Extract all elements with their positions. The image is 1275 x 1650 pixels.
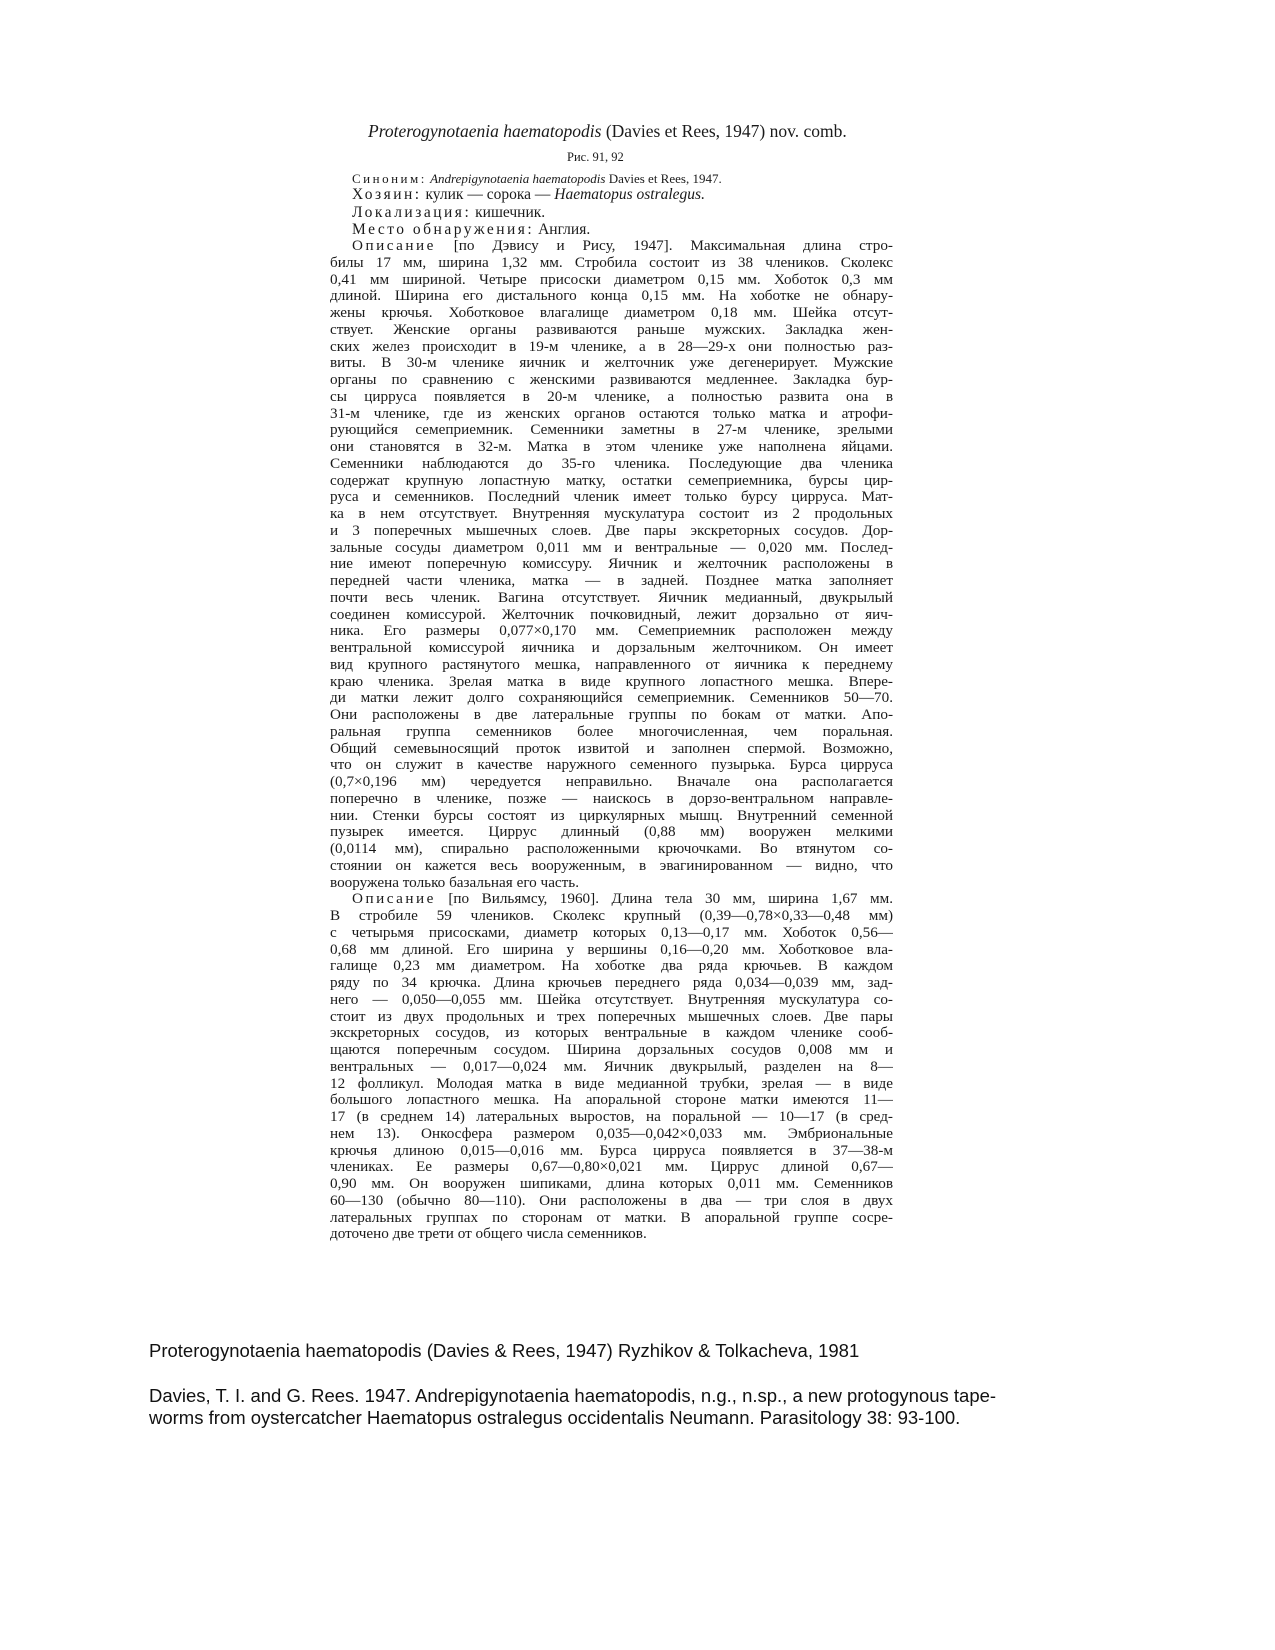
description-1-line: они становятся в 32-м. Матка в этом член… (330, 439, 893, 456)
description-1-line: Описание [по Дэвису и Рису, 1947]. Макси… (330, 238, 893, 255)
synonym-authority: Davies et Rees, 1947. (605, 171, 721, 186)
description-2-line: латеральных группах по сторонам от матки… (330, 1210, 893, 1227)
document-page: Proterogynotaenia haematopodis (Davies e… (0, 0, 1275, 1650)
description-1-line: Они расположены в две латеральные группы… (330, 707, 893, 724)
description-2-line: 0,68 мм длиной. Его ширина у вершины 0,1… (330, 942, 893, 959)
place-label: Место обнаружения: (352, 221, 534, 238)
description-1-line: Общий семевыносящий проток извитой и зап… (330, 741, 893, 758)
description-1-line: вооружена только базальная его часть. (330, 875, 893, 892)
description-1-line: руса и семенников. Последний членик имее… (330, 489, 893, 506)
description-2-line: 17 (в среднем 14) латеральных выростов, … (330, 1109, 893, 1126)
description-2-line: большого лопастного мешка. На апоральной… (330, 1092, 893, 1109)
footer-species-name: Proterogynotaenia haematopodis (Davies &… (149, 1340, 859, 1362)
description-1-label: Описание (352, 238, 436, 254)
description-2-line: крючья длиною 0,015—0,016 мм. Бурса цирр… (330, 1143, 893, 1160)
location-label: Локализация: (352, 204, 471, 221)
host-label: Хозяин: (352, 186, 422, 203)
place-line: Место обнаружения: Англия. (352, 221, 590, 239)
description-2-line: нем 13). Онкосфера размером 0,035—0,042×… (330, 1126, 893, 1143)
description-2-line: ряду по 34 крючка. Длина крючьев передне… (330, 975, 893, 992)
description-1-line: нии. Стенки бурсы состоят из циркулярных… (330, 808, 893, 825)
description-1-line: ральная группа семенников более многочис… (330, 724, 893, 741)
description-1-line: ка в нем отсутствует. Внутренняя мускула… (330, 506, 893, 523)
synonym-line: Синоним: Andrepigynotaenia haematopodis … (352, 171, 722, 187)
description-1-line: почти весь членик. Вагина отсутствует. Я… (330, 590, 893, 607)
description-1-line: пузырек имеется. Циррус длинный (0,88 мм… (330, 824, 893, 841)
description-1-line: ние имеют поперечную комиссуру. Яичник и… (330, 556, 893, 573)
description-2-line: стоит из двух продольных и трех поперечн… (330, 1009, 893, 1026)
description-2-line: Описание [по Вильямсу, 1960]. Длина тела… (330, 891, 893, 908)
description-2-line: галище 0,23 мм диаметром. На хоботке два… (330, 958, 893, 975)
description-1-line: билы 17 мм, ширина 1,32 мм. Стробила сос… (330, 255, 893, 272)
description-1-line: длиной. Ширина его дистального конца 0,1… (330, 288, 893, 305)
description-1-line: ских желез происходит в 19-м членике, а … (330, 339, 893, 356)
description-1-line: вид крупного растянутого мешка, направле… (330, 657, 893, 674)
description-1-line: органы по сравнению с женскими развивают… (330, 372, 893, 389)
description-1-line: сы цирруса появляется в 20-м членике, а … (330, 389, 893, 406)
description-2-line: члениках. Ее размеры 0,67—0,80×0,021 мм.… (330, 1159, 893, 1176)
species-title: Proterogynotaenia haematopodis (Davies e… (368, 121, 847, 142)
description-2-label: Описание (352, 891, 436, 907)
footer-reference-line-2: worms from oystercatcher Haematopus ostr… (149, 1407, 960, 1429)
description-1-line: ди матки лежит долго сохраняющийся семеп… (330, 690, 893, 707)
description-1-line: рующийся семеприемник. Семенники заметны… (330, 422, 893, 439)
description-1-line: передней части членика, матка — в задней… (330, 573, 893, 590)
description-1-line: 31-м членике, где из женских органов ост… (330, 406, 893, 423)
host-latin: Haematopus ostralegus. (554, 186, 705, 203)
place-value: Англия. (534, 221, 590, 238)
description-1-line: содержат крупную лопастную матку, остатк… (330, 473, 893, 490)
description-body: Описание [по Дэвису и Рису, 1947]. Макси… (330, 238, 893, 1243)
synonym-label: Синоним: (352, 171, 427, 186)
description-2-line: В стробиле 59 члеников. Сколекс крупный … (330, 908, 893, 925)
species-name: Proterogynotaenia haematopodis (368, 121, 601, 141)
description-2-line: 12 фолликул. Молодая матка в виде медиан… (330, 1076, 893, 1093)
description-1-line: зальные сосуды диаметром 0,011 мм и вент… (330, 540, 893, 557)
description-2-line: вентральных — 0,017—0,024 мм. Яичник дву… (330, 1059, 893, 1076)
description-2-line: экскреторных сосудов, из которых вентрал… (330, 1025, 893, 1042)
description-1-line: (0,7×0,196 мм) чередуется неправильно. В… (330, 774, 893, 791)
description-2-line: доточено две трети от общего числа семен… (330, 1226, 893, 1243)
description-2-line: 60—130 (обычно 80—110). Они расположены … (330, 1193, 893, 1210)
description-1-line: виты. В 30-м членике яичник и желточник … (330, 355, 893, 372)
description-2-line: 0,90 мм. Он вооружен шипиками, длина кот… (330, 1176, 893, 1193)
description-1-line: ствует. Женские органы развиваются раньш… (330, 322, 893, 339)
description-1-line: стоянии он кажется весь вооруженным, в э… (330, 858, 893, 875)
description-2-line: с четырьмя присосками, диаметр которых 0… (330, 925, 893, 942)
description-2-line: него — 0,050—0,055 мм. Шейка отсутствует… (330, 992, 893, 1009)
description-1-line: жены крючья. Хоботковое влагалище диамет… (330, 305, 893, 322)
description-2-line: щаются поперечным сосудом. Ширина дорзал… (330, 1042, 893, 1059)
species-authority: (Davies et Rees, 1947) nov. comb. (601, 121, 846, 141)
footer-reference-line-1: Davies, T. I. and G. Rees. 1947. Andrepi… (149, 1385, 996, 1407)
description-1-line: краю членика. Зрелая матка в виде крупно… (330, 674, 893, 691)
host-value: кулик — сорока — (422, 186, 555, 203)
description-1-line: 0,41 мм шириной. Четыре присоски диаметр… (330, 272, 893, 289)
description-1-line: соединен комиссурой. Желточник почковидн… (330, 607, 893, 624)
figure-reference: Рис. 91, 92 (567, 150, 624, 165)
location-line: Локализация: кишечник. (352, 204, 545, 222)
synonym-name: Andrepigynotaenia haematopodis (427, 171, 606, 186)
description-1-line: что он служит в качестве наружного семен… (330, 757, 893, 774)
description-1-line: вентральной комиссурой яичника и дорзаль… (330, 640, 893, 657)
description-1-line: ника. Его размеры 0,077×0,170 мм. Семепр… (330, 623, 893, 640)
description-1-line: Семенники наблюдаются до 35-го членика. … (330, 456, 893, 473)
description-1-line: поперечно в членике, позже — наискось в … (330, 791, 893, 808)
host-line: Хозяин: кулик — сорока — Haematopus ostr… (352, 186, 705, 204)
description-1-line: и 3 поперечных мышечных слоев. Две пары … (330, 523, 893, 540)
description-1-line: (0,0114 мм), спирально расположенными кр… (330, 841, 893, 858)
location-value: кишечник. (471, 204, 545, 221)
